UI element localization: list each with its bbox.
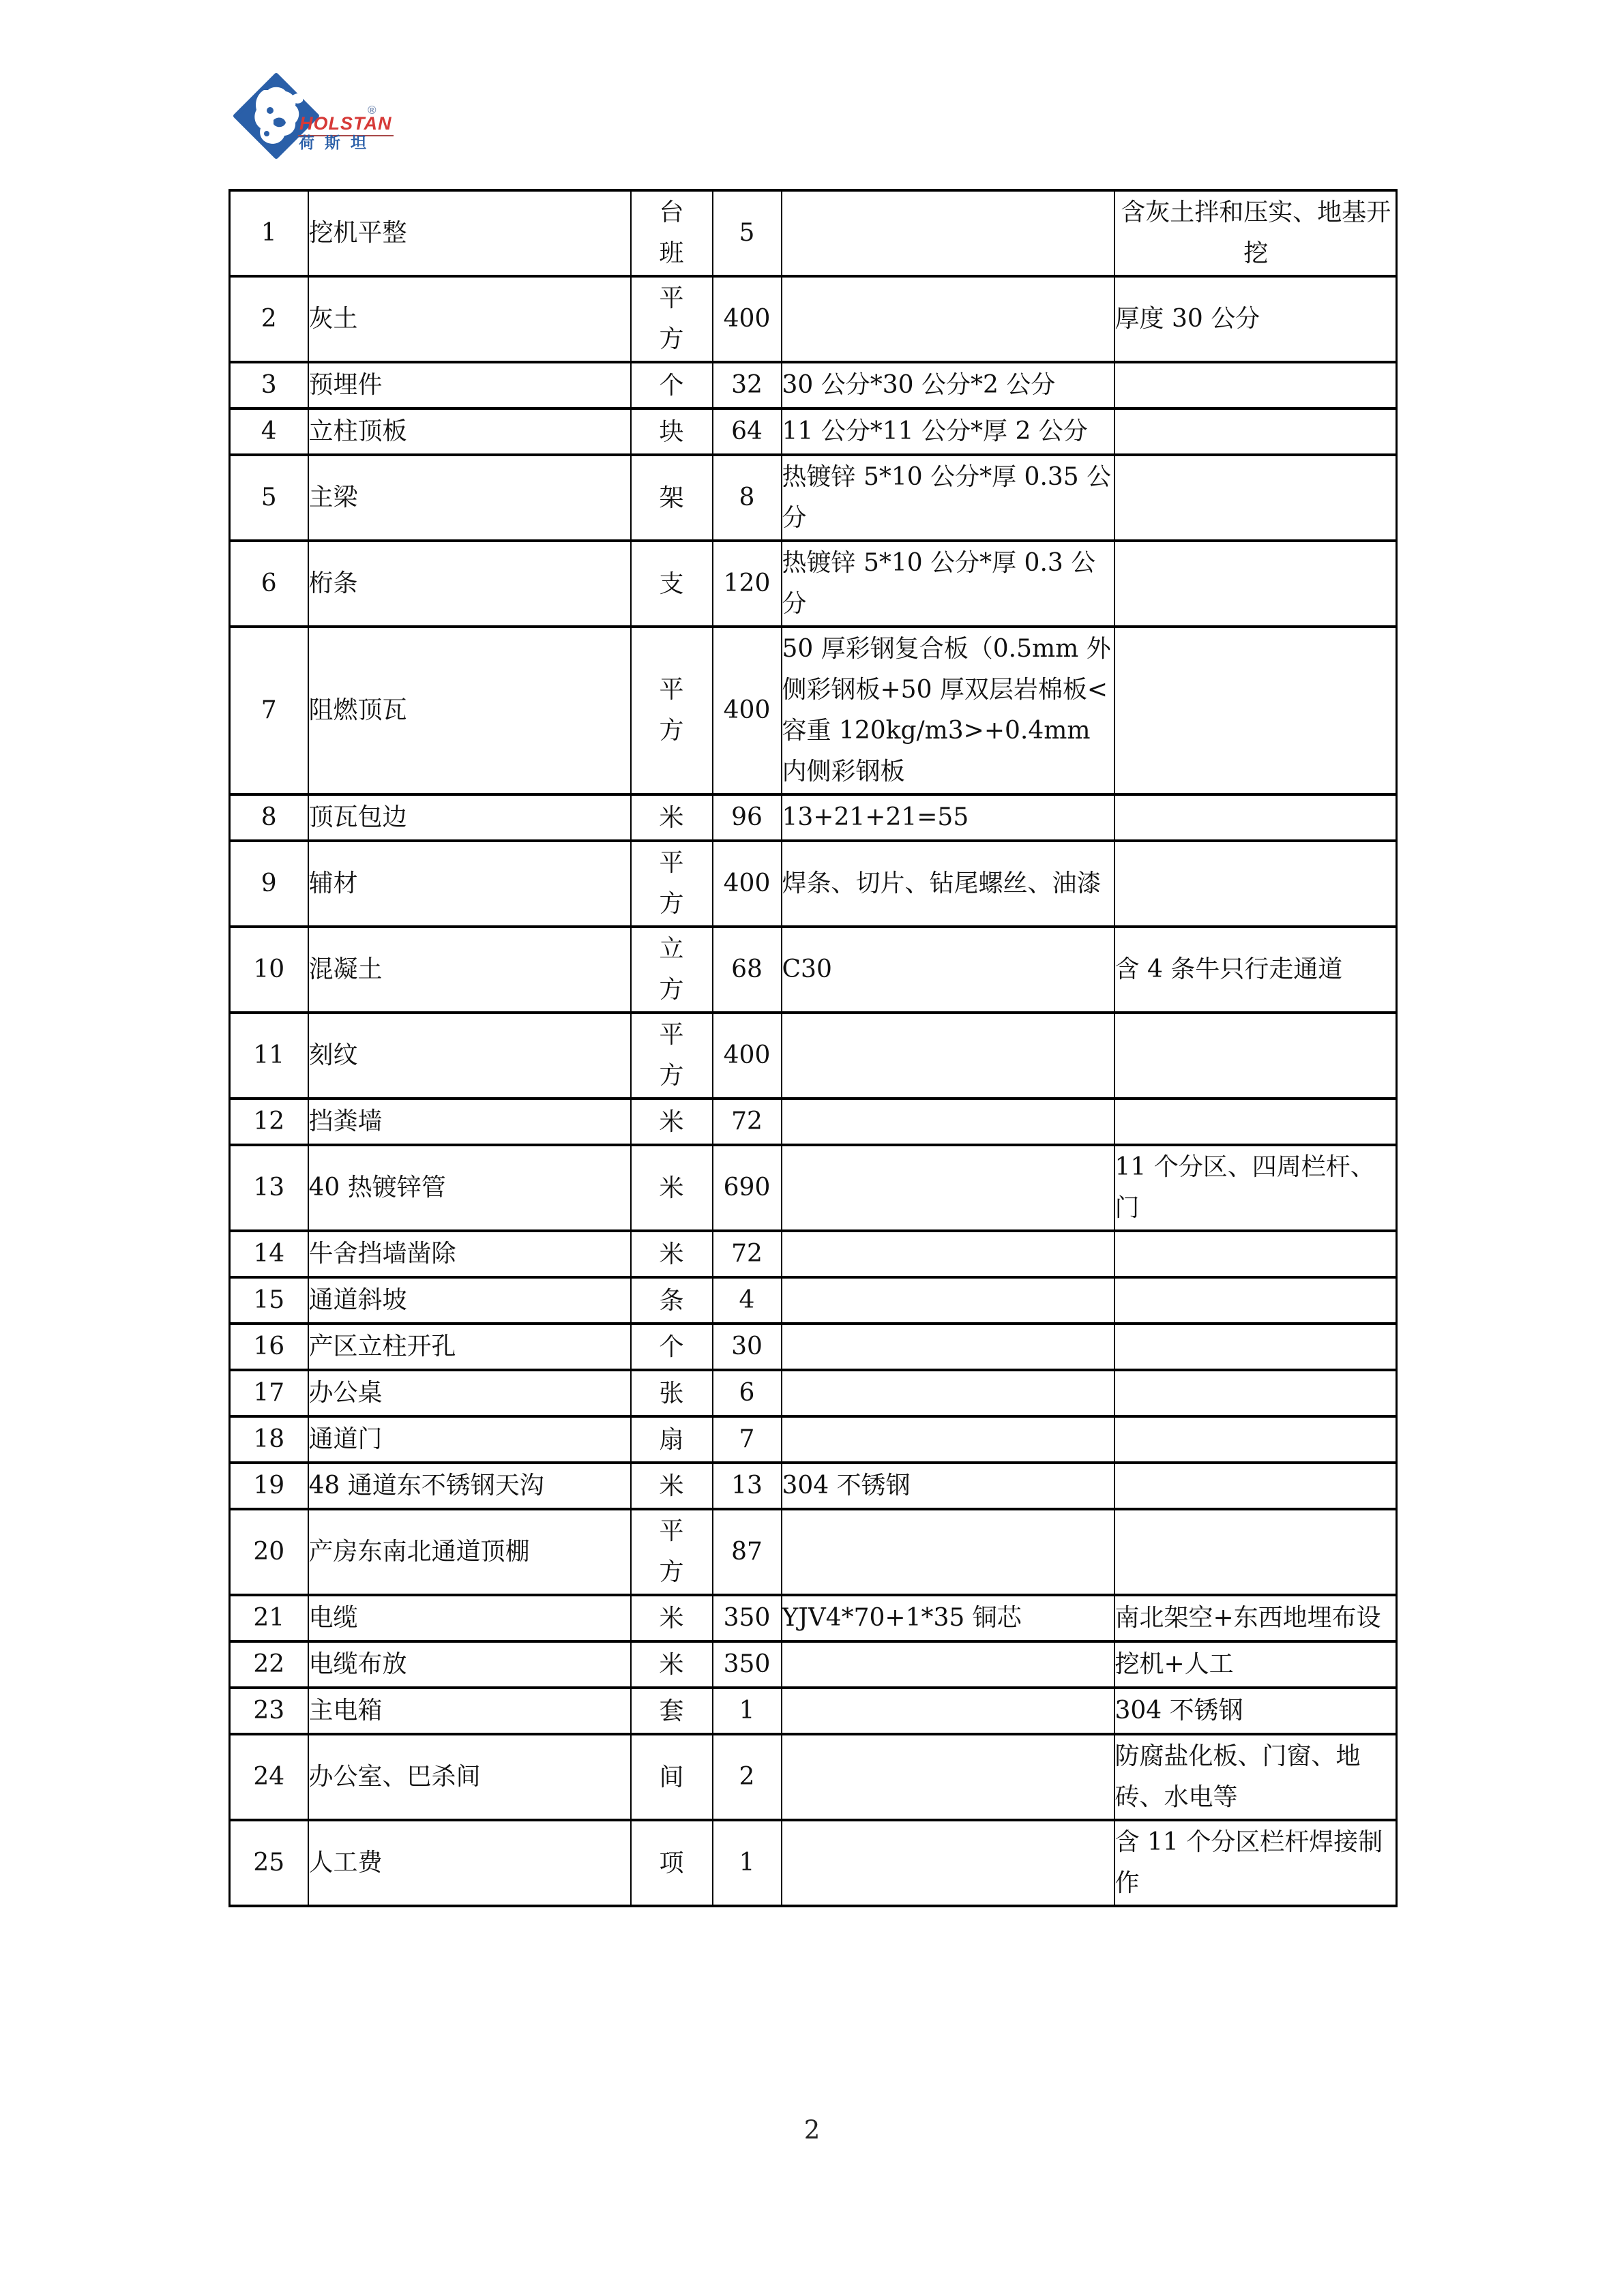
spec-cell bbox=[782, 1641, 1114, 1688]
unit-text: 平方 bbox=[658, 278, 685, 360]
unit-cell: 平方 bbox=[631, 627, 713, 794]
row-number-cell: 22 bbox=[230, 1641, 308, 1688]
remark-cell bbox=[1114, 1277, 1397, 1324]
remark-cell bbox=[1114, 1324, 1397, 1370]
table-row: 19 48 通道东不锈钢天沟 米 13 304 不锈钢 bbox=[230, 1463, 1397, 1509]
item-name-cell: 顶瓦包边 bbox=[308, 794, 631, 841]
table-row: 4 立柱顶板 块 64 11 公分*11 公分*厚 2 公分 bbox=[230, 408, 1397, 455]
quantity-cell: 400 bbox=[713, 841, 782, 927]
table-row: 24 办公室、巴杀间 间 2 防腐盐化板、门窗、地砖、水电等 bbox=[230, 1734, 1397, 1820]
unit-text: 米 bbox=[658, 1598, 685, 1639]
unit-text: 米 bbox=[658, 1234, 685, 1275]
unit-text: 米 bbox=[658, 1168, 685, 1209]
brand-name-en: HOLSTAN bbox=[298, 115, 394, 136]
spec-cell bbox=[782, 1099, 1114, 1145]
row-number-cell: 14 bbox=[230, 1231, 308, 1277]
remark-cell bbox=[1114, 794, 1397, 841]
item-name-cell: 办公室、巴杀间 bbox=[308, 1734, 631, 1820]
item-name-cell: 通道门 bbox=[308, 1416, 631, 1463]
spec-cell bbox=[782, 1734, 1114, 1820]
item-name-cell: 办公桌 bbox=[308, 1370, 631, 1416]
row-number-cell: 17 bbox=[230, 1370, 308, 1416]
unit-cell: 米 bbox=[631, 1641, 713, 1688]
spec-cell: 30 公分*30 公分*2 公分 bbox=[782, 362, 1114, 408]
unit-text: 立方 bbox=[658, 929, 685, 1011]
unit-cell: 平方 bbox=[631, 841, 713, 927]
remark-cell bbox=[1114, 1370, 1397, 1416]
table-row: 13 40 热镀锌管 米 690 11 个分区、四周栏杆、门 bbox=[230, 1145, 1397, 1231]
unit-cell: 立方 bbox=[631, 927, 713, 1013]
unit-cell: 个 bbox=[631, 1324, 713, 1370]
spec-cell: YJV4*70+1*35 铜芯 bbox=[782, 1595, 1114, 1641]
quantity-cell: 64 bbox=[713, 408, 782, 455]
spec-cell: 热镀锌 5*10 公分*厚 0.3 公分 bbox=[782, 541, 1114, 627]
remark-cell bbox=[1114, 408, 1397, 455]
row-number-cell: 6 bbox=[230, 541, 308, 627]
document-page: HOLSTAN ® 荷斯坦 1 挖机平整 台班 5 含灰土拌和压实、地基开挖 2… bbox=[0, 0, 1624, 2296]
remark-cell: 南北架空+东西地埋布设 bbox=[1114, 1595, 1397, 1641]
quantity-cell: 1 bbox=[713, 1688, 782, 1734]
unit-text: 张 bbox=[658, 1373, 685, 1414]
cow-eye-icon bbox=[267, 107, 274, 114]
unit-text: 米 bbox=[658, 1466, 685, 1507]
unit-cell: 米 bbox=[631, 1231, 713, 1277]
row-number-cell: 10 bbox=[230, 927, 308, 1013]
unit-text: 支 bbox=[658, 564, 685, 605]
remark-cell bbox=[1114, 1099, 1397, 1145]
remark-cell bbox=[1114, 1509, 1397, 1595]
table-row: 10 混凝土 立方 68 C30 含 4 条牛只行走通道 bbox=[230, 927, 1397, 1013]
unit-cell: 支 bbox=[631, 541, 713, 627]
item-name-cell: 主电箱 bbox=[308, 1688, 631, 1734]
unit-cell: 个 bbox=[631, 362, 713, 408]
spec-cell bbox=[782, 1416, 1114, 1463]
unit-text: 架 bbox=[658, 478, 685, 519]
unit-text: 套 bbox=[658, 1691, 685, 1732]
quantity-cell: 30 bbox=[713, 1324, 782, 1370]
item-name-cell: 产区立柱开孔 bbox=[308, 1324, 631, 1370]
unit-text: 米 bbox=[658, 798, 685, 839]
quantity-cell: 1 bbox=[713, 1820, 782, 1906]
unit-cell: 块 bbox=[631, 408, 713, 455]
row-number-cell: 5 bbox=[230, 455, 308, 541]
quantity-cell: 2 bbox=[713, 1734, 782, 1820]
unit-text: 条 bbox=[658, 1281, 685, 1322]
quantity-cell: 400 bbox=[713, 627, 782, 794]
unit-cell: 套 bbox=[631, 1688, 713, 1734]
boq-table: 1 挖机平整 台班 5 含灰土拌和压实、地基开挖 2 灰土 平方 400 厚度 … bbox=[228, 189, 1398, 1907]
quantity-cell: 13 bbox=[713, 1463, 782, 1509]
table-row: 16 产区立柱开孔 个 30 bbox=[230, 1324, 1397, 1370]
row-number-cell: 4 bbox=[230, 408, 308, 455]
unit-cell: 扇 bbox=[631, 1416, 713, 1463]
remark-cell: 304 不锈钢 bbox=[1114, 1688, 1397, 1734]
spec-cell: 304 不锈钢 bbox=[782, 1463, 1114, 1509]
unit-text: 平方 bbox=[658, 1511, 685, 1593]
quantity-cell: 690 bbox=[713, 1145, 782, 1231]
row-number-cell: 21 bbox=[230, 1595, 308, 1641]
unit-cell: 平方 bbox=[631, 1013, 713, 1099]
remark-cell bbox=[1114, 627, 1397, 794]
registered-trademark-icon: ® bbox=[368, 104, 377, 117]
spec-cell: 焊条、切片、钻尾螺丝、油漆 bbox=[782, 841, 1114, 927]
unit-cell: 张 bbox=[631, 1370, 713, 1416]
remark-cell: 含 4 条牛只行走通道 bbox=[1114, 927, 1397, 1013]
row-number-cell: 3 bbox=[230, 362, 308, 408]
row-number-cell: 19 bbox=[230, 1463, 308, 1509]
remark-cell: 防腐盐化板、门窗、地砖、水电等 bbox=[1114, 1734, 1397, 1820]
table-row: 3 预埋件 个 32 30 公分*30 公分*2 公分 bbox=[230, 362, 1397, 408]
item-name-cell: 混凝土 bbox=[308, 927, 631, 1013]
table-row: 15 通道斜坡 条 4 bbox=[230, 1277, 1397, 1324]
unit-cell: 米 bbox=[631, 1145, 713, 1231]
remark-cell: 含 11 个分区栏杆焊接制作 bbox=[1114, 1820, 1397, 1906]
item-name-cell: 阻燃顶瓦 bbox=[308, 627, 631, 794]
row-number-cell: 18 bbox=[230, 1416, 308, 1463]
spec-cell bbox=[782, 1509, 1114, 1595]
table-row: 20 产房东南北通道顶棚 平方 87 bbox=[230, 1509, 1397, 1595]
unit-cell: 间 bbox=[631, 1734, 713, 1820]
unit-cell: 平方 bbox=[631, 1509, 713, 1595]
spec-cell: 热镀锌 5*10 公分*厚 0.35 公分 bbox=[782, 455, 1114, 541]
table-row: 11 刻纹 平方 400 bbox=[230, 1013, 1397, 1099]
table-row: 21 电缆 米 350 YJV4*70+1*35 铜芯 南北架空+东西地埋布设 bbox=[230, 1595, 1397, 1641]
unit-text: 扇 bbox=[658, 1420, 685, 1461]
quantity-cell: 350 bbox=[713, 1641, 782, 1688]
row-number-cell: 15 bbox=[230, 1277, 308, 1324]
quantity-cell: 32 bbox=[713, 362, 782, 408]
cow-ear-icon bbox=[292, 93, 303, 104]
item-name-cell: 立柱顶板 bbox=[308, 408, 631, 455]
quantity-cell: 72 bbox=[713, 1231, 782, 1277]
spec-cell bbox=[782, 1820, 1114, 1906]
spec-cell bbox=[782, 1324, 1114, 1370]
table-row: 2 灰土 平方 400 厚度 30 公分 bbox=[230, 276, 1397, 362]
quantity-cell: 120 bbox=[713, 541, 782, 627]
unit-cell: 米 bbox=[631, 794, 713, 841]
table-row: 23 主电箱 套 1 304 不锈钢 bbox=[230, 1688, 1397, 1734]
table-row: 7 阻燃顶瓦 平方 400 50 厚彩钢复合板（0.5mm 外侧彩钢板+50 厚… bbox=[230, 627, 1397, 794]
item-name-cell: 电缆 bbox=[308, 1595, 631, 1641]
item-name-cell: 刻纹 bbox=[308, 1013, 631, 1099]
quantity-cell: 96 bbox=[713, 794, 782, 841]
row-number-cell: 20 bbox=[230, 1509, 308, 1595]
table-row: 8 顶瓦包边 米 96 13+21+21=55 bbox=[230, 794, 1397, 841]
table-row: 25 人工费 项 1 含 11 个分区栏杆焊接制作 bbox=[230, 1820, 1397, 1906]
quantity-cell: 5 bbox=[713, 190, 782, 276]
quantity-cell: 6 bbox=[713, 1370, 782, 1416]
spec-cell: C30 bbox=[782, 927, 1114, 1013]
spec-cell: 13+21+21=55 bbox=[782, 794, 1114, 841]
item-name-cell: 人工费 bbox=[308, 1820, 631, 1906]
remark-cell: 厚度 30 公分 bbox=[1114, 276, 1397, 362]
unit-cell: 架 bbox=[631, 455, 713, 541]
table-row: 9 辅材 平方 400 焊条、切片、钻尾螺丝、油漆 bbox=[230, 841, 1397, 927]
unit-cell: 米 bbox=[631, 1099, 713, 1145]
item-name-cell: 桁条 bbox=[308, 541, 631, 627]
unit-text: 个 bbox=[658, 1327, 685, 1368]
item-name-cell: 挡粪墙 bbox=[308, 1099, 631, 1145]
table-row: 22 电缆布放 米 350 挖机+人工 bbox=[230, 1641, 1397, 1688]
quantity-cell: 8 bbox=[713, 455, 782, 541]
spec-cell bbox=[782, 1688, 1114, 1734]
quantity-cell: 72 bbox=[713, 1099, 782, 1145]
item-name-cell: 辅材 bbox=[308, 841, 631, 927]
item-name-cell: 挖机平整 bbox=[308, 190, 631, 276]
quantity-cell: 87 bbox=[713, 1509, 782, 1595]
quantity-cell: 7 bbox=[713, 1416, 782, 1463]
row-number-cell: 24 bbox=[230, 1734, 308, 1820]
unit-cell: 米 bbox=[631, 1595, 713, 1641]
spec-cell bbox=[782, 1370, 1114, 1416]
row-number-cell: 9 bbox=[230, 841, 308, 927]
item-name-cell: 40 热镀锌管 bbox=[308, 1145, 631, 1231]
remark-cell: 含灰土拌和压实、地基开挖 bbox=[1114, 190, 1397, 276]
unit-text: 台班 bbox=[658, 192, 685, 274]
unit-cell: 条 bbox=[631, 1277, 713, 1324]
unit-text: 平方 bbox=[658, 843, 685, 925]
row-number-cell: 16 bbox=[230, 1324, 308, 1370]
quantity-cell: 68 bbox=[713, 927, 782, 1013]
remark-cell bbox=[1114, 1013, 1397, 1099]
row-number-cell: 25 bbox=[230, 1820, 308, 1906]
spec-cell bbox=[782, 276, 1114, 362]
unit-text: 平方 bbox=[658, 670, 685, 751]
item-name-cell: 通道斜坡 bbox=[308, 1277, 631, 1324]
quantity-cell: 400 bbox=[713, 1013, 782, 1099]
quantity-cell: 4 bbox=[713, 1277, 782, 1324]
table-row: 1 挖机平整 台班 5 含灰土拌和压实、地基开挖 bbox=[230, 190, 1397, 276]
row-number-cell: 2 bbox=[230, 276, 308, 362]
unit-text: 间 bbox=[658, 1757, 685, 1798]
unit-text: 个 bbox=[658, 366, 685, 406]
row-number-cell: 13 bbox=[230, 1145, 308, 1231]
page-number: 2 bbox=[0, 2115, 1624, 2145]
table-row: 18 通道门 扇 7 bbox=[230, 1416, 1397, 1463]
item-name-cell: 主梁 bbox=[308, 455, 631, 541]
unit-cell: 台班 bbox=[631, 190, 713, 276]
remark-cell bbox=[1114, 1416, 1397, 1463]
item-name-cell: 预埋件 bbox=[308, 362, 631, 408]
table-row: 12 挡粪墙 米 72 bbox=[230, 1099, 1397, 1145]
row-number-cell: 23 bbox=[230, 1688, 308, 1734]
table-row: 6 桁条 支 120 热镀锌 5*10 公分*厚 0.3 公分 bbox=[230, 541, 1397, 627]
unit-text: 米 bbox=[658, 1645, 685, 1686]
cow-nostril-icon bbox=[264, 131, 269, 136]
table-row: 5 主梁 架 8 热镀锌 5*10 公分*厚 0.35 公分 bbox=[230, 455, 1397, 541]
remark-cell bbox=[1114, 841, 1397, 927]
remark-cell: 11 个分区、四周栏杆、门 bbox=[1114, 1145, 1397, 1231]
unit-text: 块 bbox=[658, 412, 685, 453]
spec-cell bbox=[782, 1013, 1114, 1099]
item-name-cell: 灰土 bbox=[308, 276, 631, 362]
spec-cell bbox=[782, 190, 1114, 276]
remark-cell: 挖机+人工 bbox=[1114, 1641, 1397, 1688]
remark-cell bbox=[1114, 362, 1397, 408]
table-row: 14 牛舍挡墙凿除 米 72 bbox=[230, 1231, 1397, 1277]
row-number-cell: 12 bbox=[230, 1099, 308, 1145]
unit-text: 平方 bbox=[658, 1015, 685, 1097]
item-name-cell: 电缆布放 bbox=[308, 1641, 631, 1688]
row-number-cell: 1 bbox=[230, 190, 308, 276]
quantity-cell: 400 bbox=[713, 276, 782, 362]
spec-cell bbox=[782, 1231, 1114, 1277]
table-row: 17 办公桌 张 6 bbox=[230, 1370, 1397, 1416]
spec-cell bbox=[782, 1277, 1114, 1324]
holstan-logo: HOLSTAN ® 荷斯坦 bbox=[233, 71, 478, 166]
row-number-cell: 11 bbox=[230, 1013, 308, 1099]
row-number-cell: 7 bbox=[230, 627, 308, 794]
boq-table-body: 1 挖机平整 台班 5 含灰土拌和压实、地基开挖 2 灰土 平方 400 厚度 … bbox=[230, 190, 1397, 1906]
remark-cell bbox=[1114, 1463, 1397, 1509]
unit-text: 米 bbox=[658, 1102, 685, 1143]
spec-cell bbox=[782, 1145, 1114, 1231]
item-name-cell: 48 通道东不锈钢天沟 bbox=[308, 1463, 631, 1509]
item-name-cell: 产房东南北通道顶棚 bbox=[308, 1509, 631, 1595]
row-number-cell: 8 bbox=[230, 794, 308, 841]
spec-cell: 11 公分*11 公分*厚 2 公分 bbox=[782, 408, 1114, 455]
unit-cell: 平方 bbox=[631, 276, 713, 362]
remark-cell bbox=[1114, 455, 1397, 541]
item-name-cell: 牛舍挡墙凿除 bbox=[308, 1231, 631, 1277]
remark-cell bbox=[1114, 541, 1397, 627]
remark-cell bbox=[1114, 1231, 1397, 1277]
unit-cell: 米 bbox=[631, 1463, 713, 1509]
unit-text: 项 bbox=[658, 1843, 685, 1884]
quantity-cell: 350 bbox=[713, 1595, 782, 1641]
unit-cell: 项 bbox=[631, 1820, 713, 1906]
spec-cell: 50 厚彩钢复合板（0.5mm 外侧彩钢板+50 厚双层岩棉板<容重 120kg… bbox=[782, 627, 1114, 794]
brand-name-cn: 荷斯坦 bbox=[299, 135, 377, 152]
